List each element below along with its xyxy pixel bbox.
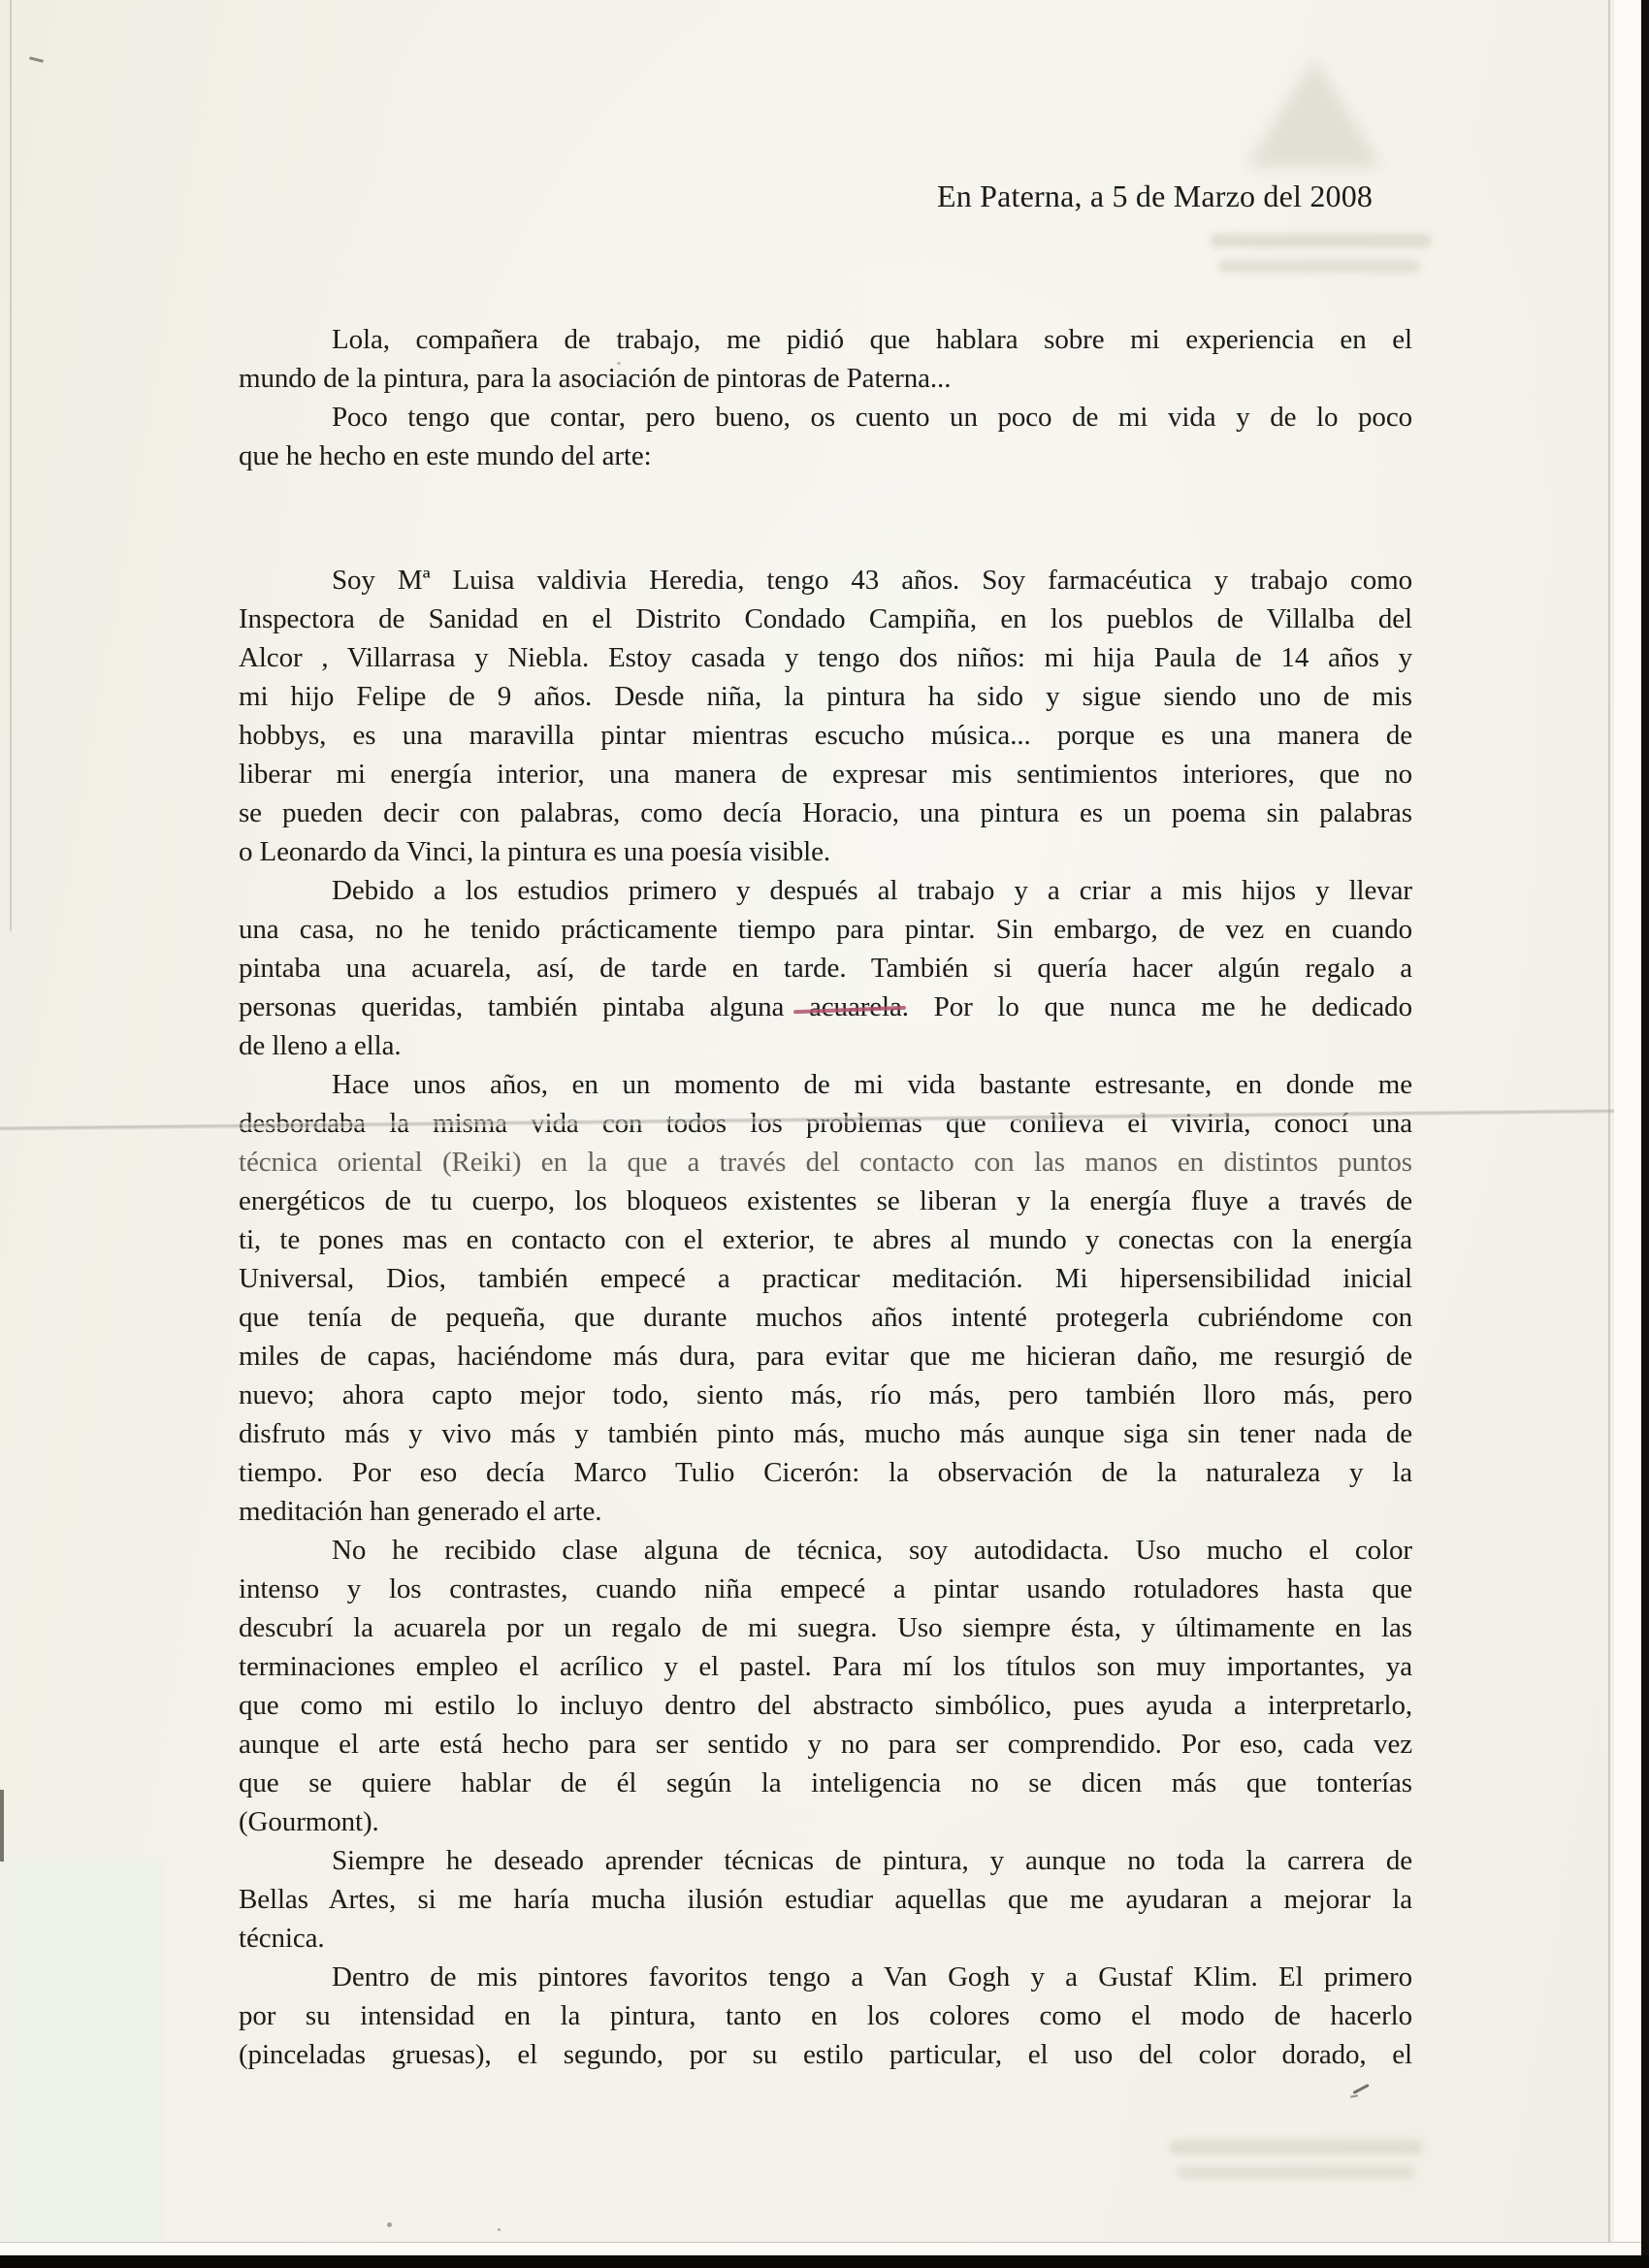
text-line: que como mi estilo lo incluyo dentro del… <box>239 1686 1412 1725</box>
paragraph-bio: Soy Mª Luisa valdivia Heredia, tengo 43 … <box>239 561 1412 871</box>
text-line: intenso y los contrastes, cuando niña em… <box>239 1570 1412 1608</box>
text-line: (pinceladas gruesas), el segundo, por su… <box>239 2035 1412 2074</box>
text-line: descubrí la acuarela por un regalo de mi… <box>239 1608 1412 1647</box>
text-line: No he recibido clase alguna de técnica, … <box>239 1531 1412 1570</box>
ink-speck-dot-1 <box>387 2222 392 2227</box>
text-line: liberar mi energía interior, una manera … <box>239 755 1412 794</box>
text-line: técnica. <box>239 1919 1412 1958</box>
text-line: de lleno a ella. <box>239 1026 1412 1065</box>
text-line: Alcor , Villarrasa y Niebla. Estoy casad… <box>239 638 1412 677</box>
bleedthrough-text-bottom-1 <box>1169 2140 1423 2155</box>
text-line: Dentro de mis pintores favoritos tengo a… <box>239 1958 1412 1996</box>
paragraph-reiki: Hace unos años, en un momento de mi vida… <box>239 1065 1412 1531</box>
ink-speck-dot-3 <box>617 362 621 365</box>
text-line: mi hijo Felipe de 9 años. Desde niña, la… <box>239 677 1412 716</box>
bleedthrough-triangle <box>1246 58 1382 167</box>
text-line: que se quiere hablar de él según la inte… <box>239 1764 1412 1802</box>
paragraph-no-time-to-paint: Debido a los estudios primero y después … <box>239 871 1412 1065</box>
paper-edge-line-left <box>10 0 12 931</box>
letter-body: Lola, compañera de trabajo, me pidió que… <box>239 320 1412 2074</box>
paragraph-self-taught: No he recibido clase alguna de técnica, … <box>239 1531 1412 1841</box>
scanned-letter-page: En Paterna, a 5 de Marzo del 2008 Lola, … <box>0 0 1649 2268</box>
text-line: Hace unos años, en un momento de mi vida… <box>239 1065 1412 1104</box>
paper-edge-line-right <box>1608 0 1610 2243</box>
text-line: por su intensidad en la pintura, tanto e… <box>239 1996 1412 2035</box>
text-line: hobbys, es una maravilla pintar mientras… <box>239 716 1412 755</box>
paragraph-wish-to-learn: Siempre he deseado aprender técnicas de … <box>239 1841 1412 1958</box>
bleedthrough-text-top-2 <box>1218 260 1420 273</box>
text-line: (Gourmont). <box>239 1802 1412 1841</box>
text-line: terminaciones empleo el acrílico y el pa… <box>239 1647 1412 1686</box>
ink-speck-tick-2 <box>1350 2094 1358 2097</box>
scanner-edge-right-white <box>1614 0 1641 2268</box>
text-line: Inspectora de Sanidad en el Distrito Con… <box>239 599 1412 638</box>
text-line: meditación han generado el arte. <box>239 1492 1412 1531</box>
date-line: En Paterna, a 5 de Marzo del 2008 <box>937 177 1373 215</box>
text-line: desbordaba la misma vida con todos los p… <box>239 1104 1412 1143</box>
text-line: nuevo; ahora capto mejor todo, siento má… <box>239 1376 1412 1414</box>
paper-edge-dark-left <box>0 1790 4 1862</box>
strikethrough-word: acuarela <box>809 991 902 1022</box>
text-line: que he hecho en este mundo del arte: <box>239 437 1412 475</box>
ink-speck-tick <box>1352 2084 1369 2094</box>
text-line: Lola, compañera de trabajo, me pidió que… <box>239 320 1412 359</box>
text-line: se pueden decir con palabras, como decía… <box>239 794 1412 832</box>
paragraph-favorite-painters: Dentro de mis pintores favoritos tengo a… <box>239 1958 1412 2074</box>
ink-speck-top-left <box>29 56 44 63</box>
text-line: energéticos de tu cuerpo, los bloqueos e… <box>239 1182 1412 1220</box>
text-line: mundo de la pintura, para la asociación … <box>239 359 1412 398</box>
text-line: Debido a los estudios primero y después … <box>239 871 1412 910</box>
paragraph-intro-little-to-tell: Poco tengo que contar, pero bueno, os cu… <box>239 398 1412 475</box>
text-line: Universal, Dios, también empecé a practi… <box>239 1259 1412 1298</box>
faded-text: técnica oriental (Reiki) en la que a tra… <box>239 1147 1412 1178</box>
text-line: Siempre he deseado aprender técnicas de … <box>239 1841 1412 1880</box>
text-line: tiempo. Por eso decía Marco Tulio Ciceró… <box>239 1453 1412 1492</box>
scanner-edge-bottom-white <box>0 2242 1641 2256</box>
text-line: Poco tengo que contar, pero bueno, os cu… <box>239 398 1412 437</box>
text-line: una casa, no he tenido prácticamente tie… <box>239 910 1412 949</box>
text-line: o Leonardo da Vinci, la pintura es una p… <box>239 832 1412 871</box>
paragraph-intro-request: Lola, compañera de trabajo, me pidió que… <box>239 320 1412 398</box>
bleedthrough-text-top-1 <box>1211 234 1432 247</box>
text-line: aunque el arte está hecho para ser senti… <box>239 1725 1412 1764</box>
bleedthrough-text-bottom-2 <box>1177 2166 1415 2179</box>
crease-faded-line: técnica oriental (Reiki) en la que a tra… <box>239 1143 1412 1182</box>
text-line: miles de capas, haciéndome más dura, par… <box>239 1337 1412 1376</box>
scan-artifact-light-rectangle <box>3 1858 162 2242</box>
text-line: Bellas Artes, si me haría mucha ilusión … <box>239 1880 1412 1919</box>
text-segment: personas queridas, también pintaba algun… <box>239 991 809 1022</box>
ink-speck-dot-2 <box>498 2228 501 2231</box>
text-line: disfruto más y vivo más y también pinto … <box>239 1414 1412 1453</box>
scanner-edge-right-black <box>1641 0 1649 2268</box>
scanner-edge-bottom-black <box>0 2255 1649 2268</box>
text-line: Soy Mª Luisa valdivia Heredia, tengo 43 … <box>239 561 1412 599</box>
text-line: que tenía de pequeña, que durante muchos… <box>239 1298 1412 1337</box>
text-segment: . Por lo que nunca me he dedicado <box>902 991 1412 1022</box>
text-line: pintaba una acuarela, así, de tarde en t… <box>239 949 1412 988</box>
text-line-with-strikethrough: personas queridas, también pintaba algun… <box>239 988 1412 1026</box>
text-line: ti, te pones mas en contacto con el exte… <box>239 1220 1412 1259</box>
